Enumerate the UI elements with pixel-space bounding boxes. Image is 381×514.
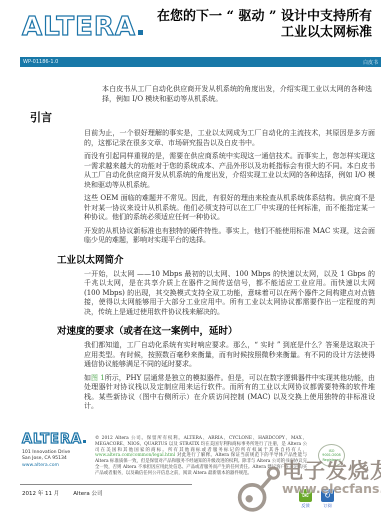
paragraph-text: 如 <box>84 374 91 382</box>
legal-page-link[interactable]: www.altera.com/common/legal.html <box>95 453 175 458</box>
document-title-line1: 在您的下一 “ 驱动 ” 设计中支持所有 <box>142 9 372 25</box>
feedback-button[interactable]: ✉ 反馈 <box>299 489 312 509</box>
footer-divider <box>20 484 192 485</box>
section-heading-need-for-speed: 对速度的要求（或者在这一案例中，延时） <box>57 323 381 337</box>
iso-9001-badge: ISO 9001:2008 Registered <box>318 444 345 467</box>
footer-altera-logo: ALTERA <box>22 433 86 446</box>
figure-1-link[interactable]: 图 1 <box>91 374 105 382</box>
paragraph: 目前为止，一个很好理解的事实是，工业以太网成为工厂自动化的主流技术，其原因是多方… <box>84 129 375 148</box>
paragraph: 开发的从机协议新标准也有独特的硬件特性。事实上，他们不能使用标准 MAC 实现，… <box>84 227 375 246</box>
subscribe-icon-glyph: ↻ <box>324 491 331 500</box>
doc-action-icons: ✉ 反馈 ↻ 订阅 <box>299 489 334 509</box>
footer-altera-logo-text: ALTERA <box>22 432 82 447</box>
altera-logo-text: ALTERA <box>22 12 136 42</box>
doc-type-label: 白皮书 <box>363 59 378 66</box>
paragraph-text: 所示，PHY 层通常是独立的模拟器件。但是，可以在数字逻辑器件中实现其他功能，由… <box>84 374 375 411</box>
paragraph: 一开始，以太网 ——10 Mbps 最初的以太网、100 Mbps 的快速以太网… <box>84 270 375 318</box>
address-line2: San Jose, CA 95134 <box>22 456 70 462</box>
paragraph: 我们都知道，工厂自动化系统有实时响应要求。那么，“ 实时 ” 到底是什么？答案是… <box>84 341 375 370</box>
doc-number: WP-01186-1.0 <box>23 59 58 65</box>
feedback-icon[interactable]: ✉ <box>299 489 312 502</box>
copyright-text: © 2012 Altera 公司。保留所有权利。ALTERA、ARRIA、CYC… <box>95 436 307 453</box>
subscribe-icon[interactable]: ↻ <box>321 489 334 502</box>
doc-info-bar: WP-01186-1.0 白皮书 <box>20 57 381 67</box>
paragraph: 而没有引起同样重视的是，需要在供应商系统中实现这一通信技术。而事实上，您怎样实现… <box>84 152 375 190</box>
footer-dateline: 2012 年 11 月Altera 公司 <box>22 489 102 497</box>
feedback-icon-glyph: ✉ <box>302 491 309 500</box>
feedback-label: 反馈 <box>301 503 309 509</box>
section-heading-industrial-ethernet-intro: 工业以太网简介 <box>57 252 381 266</box>
altera-website-link[interactable]: www.altera.com <box>22 463 70 469</box>
document-title: 在您的下一 “ 驱动 ” 设计中支持所有 工业以太网标准 <box>142 9 372 41</box>
paragraph: 这些 OEM 面临的难题并不常见。因此，有很好的理由来检查从机系统体系结构。供应… <box>84 194 375 223</box>
publish-date: 2012 年 11 月 <box>22 491 59 497</box>
footer-altera-logo-dot <box>83 440 86 443</box>
page-content: 本白皮书从工厂自动化供应商开发从机系统的角度出发，介绍实现工业以太网的各种选择，… <box>0 78 381 412</box>
altera-logo: ALTERA <box>22 14 143 40</box>
copyright-notice: © 2012 Altera 公司。保留所有权利。ALTERA、ARRIA、CYC… <box>95 436 307 477</box>
company-address: 101 Innovation Drive San Jose, CA 95134 … <box>22 450 70 469</box>
subscribe-button[interactable]: ↻ 订阅 <box>321 489 334 509</box>
document-title-line2: 工业以太网标准 <box>142 25 372 41</box>
paragraph-with-figure-link: 如图 1所示，PHY 层通常是独立的模拟器件。但是，可以在数字逻辑器件中实现其他… <box>84 374 375 412</box>
subscribe-label: 订阅 <box>323 503 331 509</box>
company-name: Altera 公司 <box>73 491 102 497</box>
section-heading-introduction: 引言 <box>30 109 381 125</box>
iso-badge-line3: Registered <box>322 458 340 462</box>
abstract-paragraph: 本白皮书从工厂自动化供应商开发从机系统的角度出发，介绍实现工业以太网的各种选择，… <box>102 84 372 104</box>
